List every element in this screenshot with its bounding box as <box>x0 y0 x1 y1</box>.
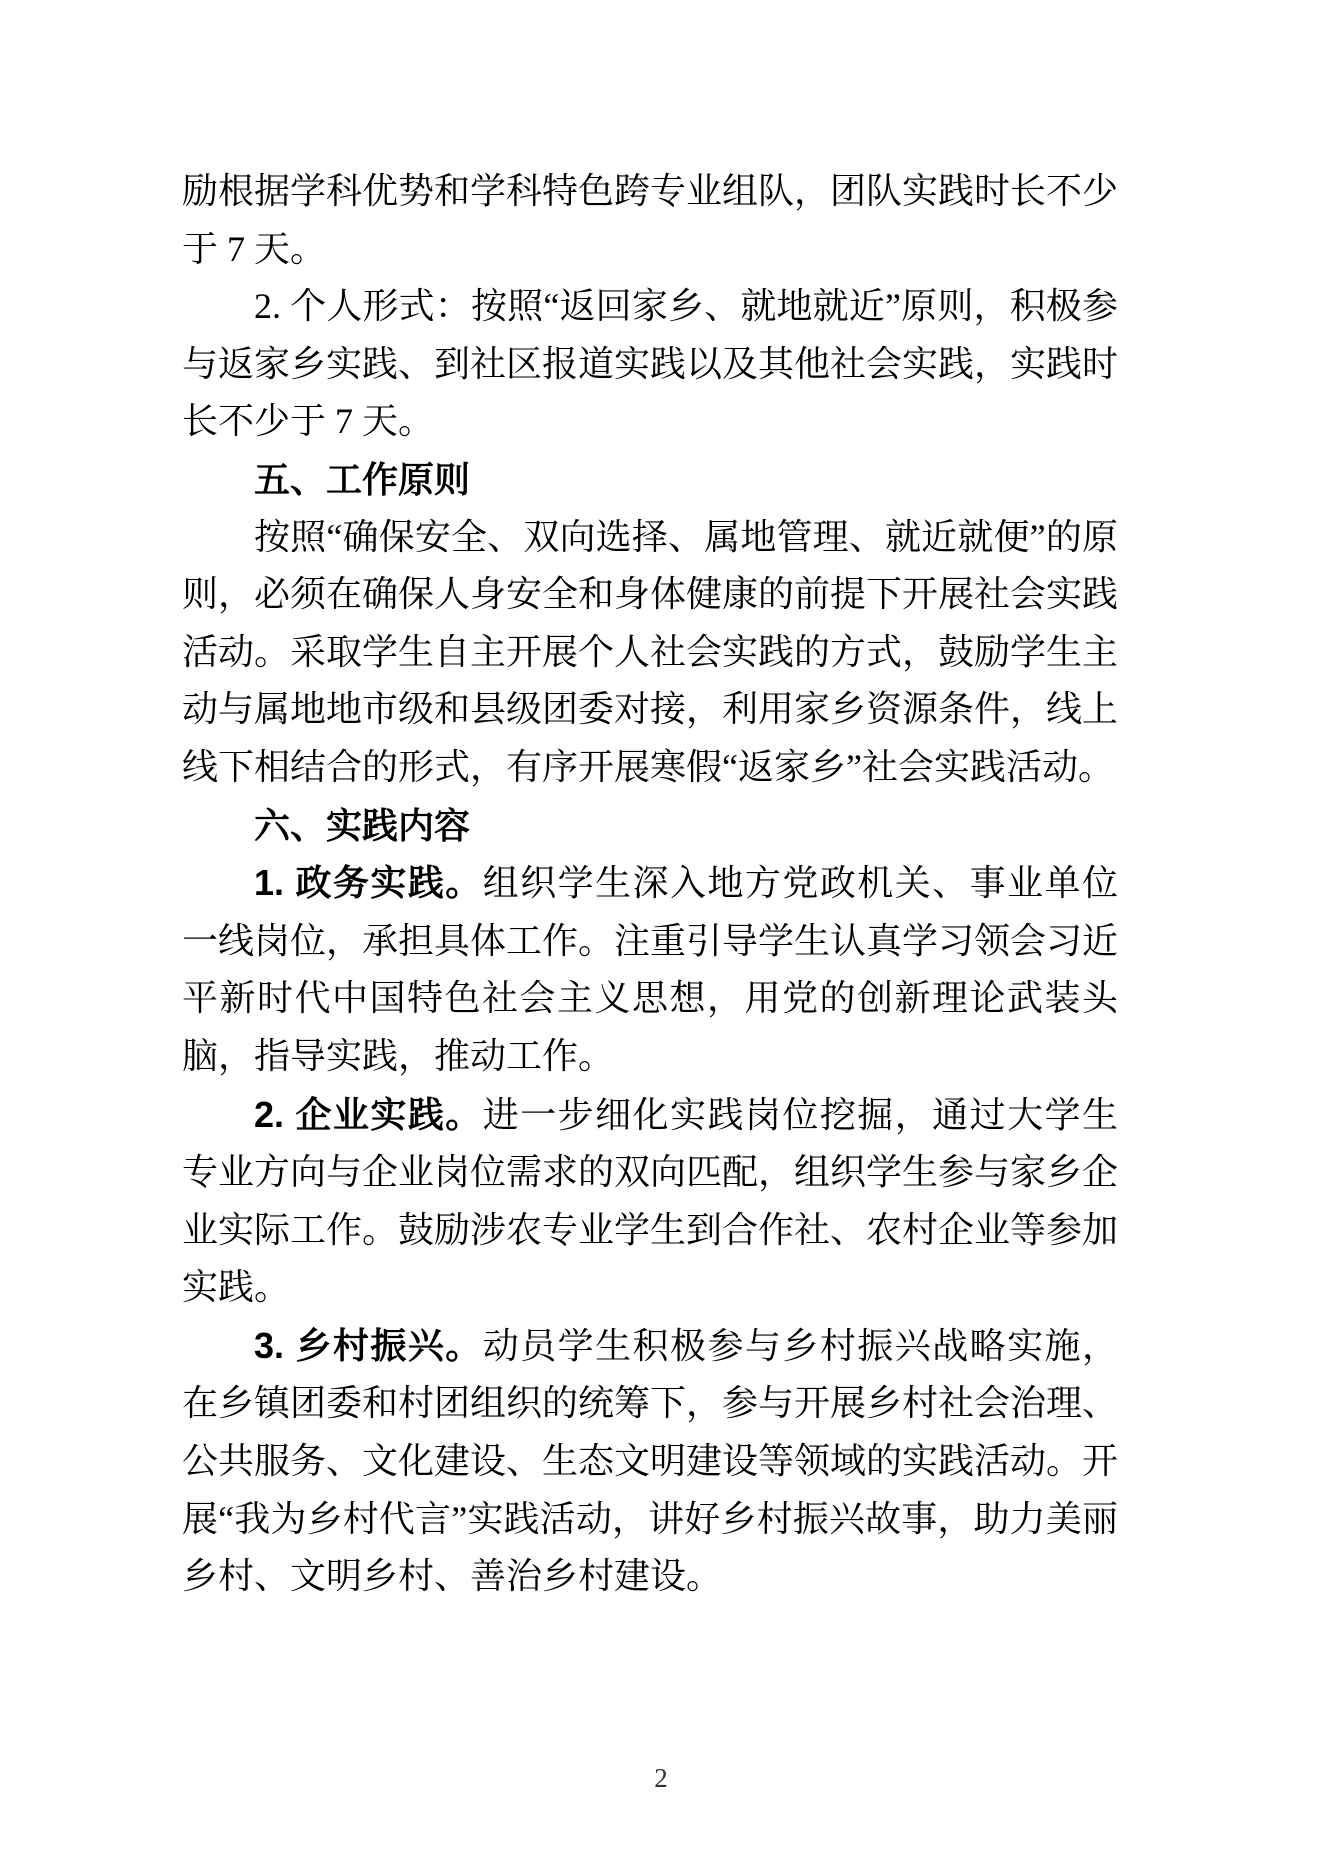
paragraph: 1. 政务实践。组织学生深入地方党政机关、事业单位一线岗位，承担具体工作。注重引… <box>182 854 1118 1085</box>
text-run: 动员学生积极参与乡村振兴战略实施，在乡镇团委和村团组织的统筹下，参与开展乡村社会… <box>182 1326 1118 1596</box>
text-run: 励根据学科优势和学科特色跨专业组队，团队实践时长不少于 7 天。 <box>182 171 1118 269</box>
text-run: 按照“确保安全、双向选择、属地管理、就近就便”的原则，必须在确保人身安全和身体健… <box>182 517 1118 787</box>
paragraph: 励根据学科优势和学科特色跨专业组队，团队实践时长不少于 7 天。 <box>182 163 1118 278</box>
paragraph: 按照“确保安全、双向选择、属地管理、就近就便”的原则，必须在确保人身安全和身体健… <box>182 509 1118 797</box>
bold-run: 六、实践内容 <box>254 805 470 846</box>
page-footer: 2 <box>0 1762 1322 1794</box>
bold-run: 1. 政务实践。 <box>254 862 483 903</box>
section-heading: 六、实践内容 <box>182 797 1118 855</box>
paragraph: 2. 个人形式：按照“返回家乡、就地就近”原则，积极参与返家乡实践、到社区报道实… <box>182 278 1118 451</box>
document-page: 励根据学科优势和学科特色跨专业组队，团队实践时长不少于 7 天。2. 个人形式：… <box>0 0 1322 1871</box>
paragraph: 2. 企业实践。进一步细化实践岗位挖掘，通过大学生专业方向与企业岗位需求的双向匹… <box>182 1086 1118 1317</box>
bold-run: 五、工作原则 <box>254 459 470 500</box>
bold-run: 3. 乡村振兴。 <box>254 1325 483 1366</box>
text-run: 2. 个人形式：按照“返回家乡、就地就近”原则，积极参与返家乡实践、到社区报道实… <box>182 286 1118 441</box>
document-body: 励根据学科优势和学科特色跨专业组队，团队实践时长不少于 7 天。2. 个人形式：… <box>182 163 1118 1606</box>
bold-run: 2. 企业实践。 <box>254 1094 483 1135</box>
section-heading: 五、工作原则 <box>182 451 1118 509</box>
page-number: 2 <box>654 1763 668 1793</box>
paragraph: 3. 乡村振兴。动员学生积极参与乡村振兴战略实施，在乡镇团委和村团组织的统筹下，… <box>182 1317 1118 1606</box>
